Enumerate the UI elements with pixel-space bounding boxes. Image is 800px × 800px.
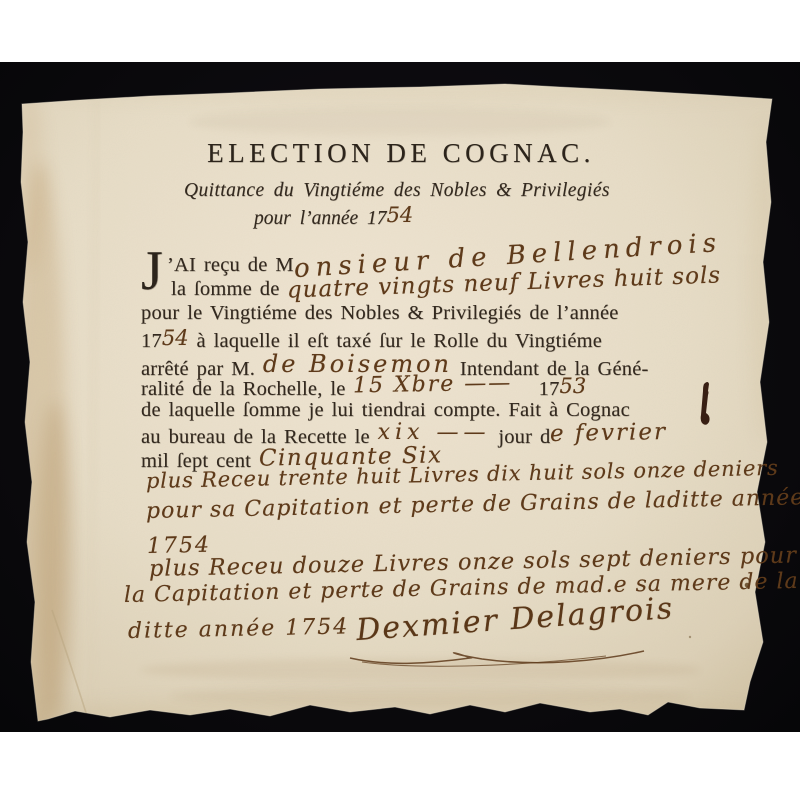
- body-line-6: ralité de la Rochelle, le 15 Xbre ——1753: [141, 376, 586, 401]
- document-title: ELECTION DE COGNAC.: [141, 138, 661, 169]
- body-line-7: de laquelle ſomme je lui tiendrai compte…: [141, 399, 630, 422]
- handwritten-line-6: ditte année 1754: [128, 614, 350, 644]
- handwritten-date: 15 Xbre ——: [353, 371, 513, 399]
- scan-page: ELECTION DE COGNAC. Quittance du Vingtié…: [0, 0, 800, 800]
- subtitle-handwritten-year: 54: [387, 203, 414, 227]
- printed-text: 17: [539, 378, 560, 400]
- printed-text: 17: [141, 330, 162, 352]
- body-line-3: pour le Vingtiéme des Nobles & Privilegi…: [141, 302, 619, 325]
- handwritten-line-2: pour sa Capitation et perte de Grains de…: [146, 485, 800, 524]
- scan-photo: ELECTION DE COGNAC. Quittance du Vingtié…: [0, 62, 800, 732]
- dropcap-initial: J: [141, 243, 163, 299]
- body-line-2: la ſomme de quatre vingts neuf Livres hu…: [171, 275, 722, 301]
- printed-text: pour le Vingtiéme des Nobles & Privilegi…: [141, 302, 619, 324]
- printed-text: ’AI reçu de M: [167, 254, 294, 276]
- subtitle-printed-year: pour l’année 17: [254, 208, 387, 229]
- handwritten-month: e fevrier: [550, 419, 667, 447]
- printed-text: de laquelle ſomme je lui tiendrai compte…: [141, 399, 630, 421]
- handwritten-year: 54: [162, 326, 189, 350]
- printed-text: à laquelle il eſt taxé ſur le Rolle du V…: [189, 330, 602, 352]
- handwritten-text: ditte année 1754: [128, 614, 350, 644]
- printed-text: ralité de la Rochelle, le: [141, 378, 353, 400]
- handwritten-day: xix ——: [378, 420, 491, 445]
- printed-text: la ſomme de: [171, 278, 287, 300]
- document-subtitle-line2: pour l’année 1754: [254, 205, 413, 230]
- handwritten-text: pour sa Capitation et perte de Grains de…: [146, 485, 800, 524]
- document-text-layer: ELECTION DE COGNAC. Quittance du Vingtié…: [0, 62, 800, 732]
- printed-text: jour d: [491, 426, 551, 448]
- document-subtitle-line1: Quittance du Vingtiéme des Nobles & Priv…: [184, 180, 610, 202]
- handwritten-year: 53: [560, 374, 587, 398]
